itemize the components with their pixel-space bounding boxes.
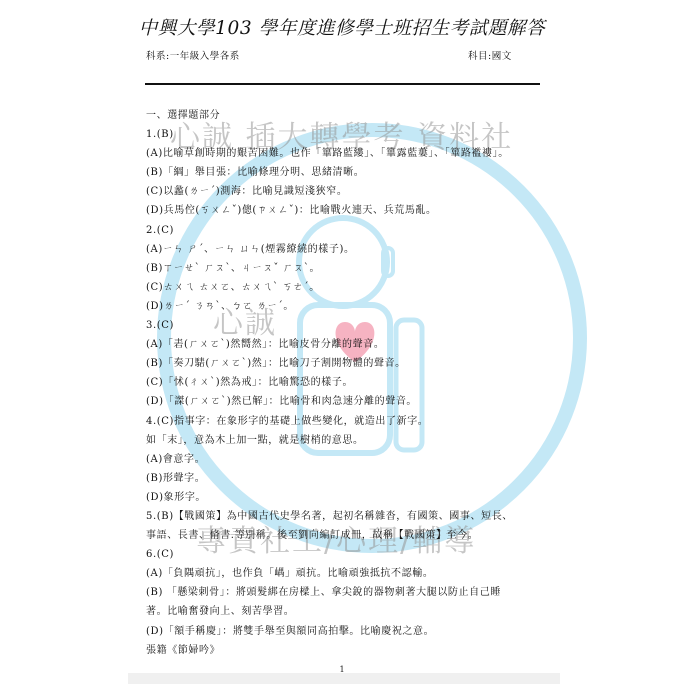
answer-line: (B)「奏刀騞(ㄏㄨㄛˋ)然」：比喻刀子割開物體的聲音。 [146, 354, 546, 373]
answer-line: (D)「謋(ㄏㄨㄛˋ)然已解」：比喻骨和肉急速分離的聲音。 [146, 392, 546, 411]
answer-line: 5.(B)【戰國策】為中國古代史學名著，起初名稱雜沓，有國策、國事、短長、 [146, 507, 546, 526]
answer-line: (B)「綱」舉目張：比喻條理分明、思緒清晰。 [146, 163, 546, 182]
answer-line: (A)「砉(ㄏㄨㄛˋ)然嚮然」：比喻皮骨分離的聲音。 [146, 335, 546, 354]
page-number: 1 [0, 665, 684, 674]
answer-line: (C)「怵(ㄔㄨˋ)然為戒」：比喻驚恐的樣子。 [146, 373, 546, 392]
answer-line: (A)比喻草創時期的艱苦困難。也作「篳路藍縷」、「篳露藍蔞」、「篳路襤褸」。 [146, 144, 546, 163]
answer-line: (D)ㄌㄧˊ ㄋㄢˋ、ㄅㄛ ㄌㄧˊ。 [146, 297, 546, 316]
answer-line: 事語、長書、脩書.等別稱。後至劉向編訂成冊，故稱【戰國策】至今。 [146, 526, 546, 545]
answer-line: 4.(C)指事字：在象形字的基礎上做些變化，就造出了新字。 [146, 412, 546, 431]
answer-line: (C)ㄊㄨㄟ ㄊㄨㄛ、ㄊㄨㄟˋ ㄎㄜˊ。 [146, 278, 546, 297]
answer-line: 1.(B) [146, 125, 546, 144]
section-heading: 一、選擇題部分 [146, 106, 546, 125]
answer-line: 著。比喻奮發向上、刻苦學習。 [146, 602, 546, 621]
answer-content: 一、選擇題部分 1.(B) (A)比喻草創時期的艱苦困難。也作「篳路藍縷」、「篳… [146, 106, 546, 660]
answer-line: 6.(C) [146, 545, 546, 564]
answer-line: 3.(C) [146, 316, 546, 335]
answer-line: 如「末」，意為木上加一點，就是樹梢的意思。 [146, 431, 546, 450]
answer-line: (A)ㄧㄣ ㄕˊ、ㄧㄣ ㄩㄣ(煙霧繚繞的樣子)。 [146, 240, 546, 259]
answer-line: (B) 「懸梁刺骨」：將頭髮綁在房樑上、拿尖銳的器物刺著大腿以防止自己睡 [146, 583, 546, 602]
answer-line: (D)兵馬倥(ㄎㄨㄥˇ)傯(ㄗㄨㄥˇ)：比喻戰火連天、兵荒馬亂。 [146, 201, 546, 220]
answer-line: (C)以蠡(ㄌㄧˊ)測海：比喻見識短淺狹窄。 [146, 182, 546, 201]
answer-line: 張籍《節婦吟》 [146, 641, 546, 660]
answer-line: (A)會意字。 [146, 450, 546, 469]
answer-line: (B)ㄒㄧㄝˋ ㄏㄡˋ、ㄐㄧㄡˇ ㄏㄡˋ。 [146, 259, 546, 278]
answer-line: (D)「額手稱慶」：將雙手舉至與額同高拍擊。比喻慶祝之意。 [146, 622, 546, 641]
document-page: 心誠 插大轉學考 資料社 心誠 專責社工/心理/輔導 中興大學103 學年度進修… [0, 0, 684, 684]
answer-line: (A)「負隅頑抗」，也作負「嵎」頑抗。比喻頑強抵抗不認輸。 [146, 564, 546, 583]
answer-line: (D)象形字。 [146, 488, 546, 507]
answer-line: (B)形聲字。 [146, 469, 546, 488]
answer-line: 2.(C) [146, 221, 546, 240]
